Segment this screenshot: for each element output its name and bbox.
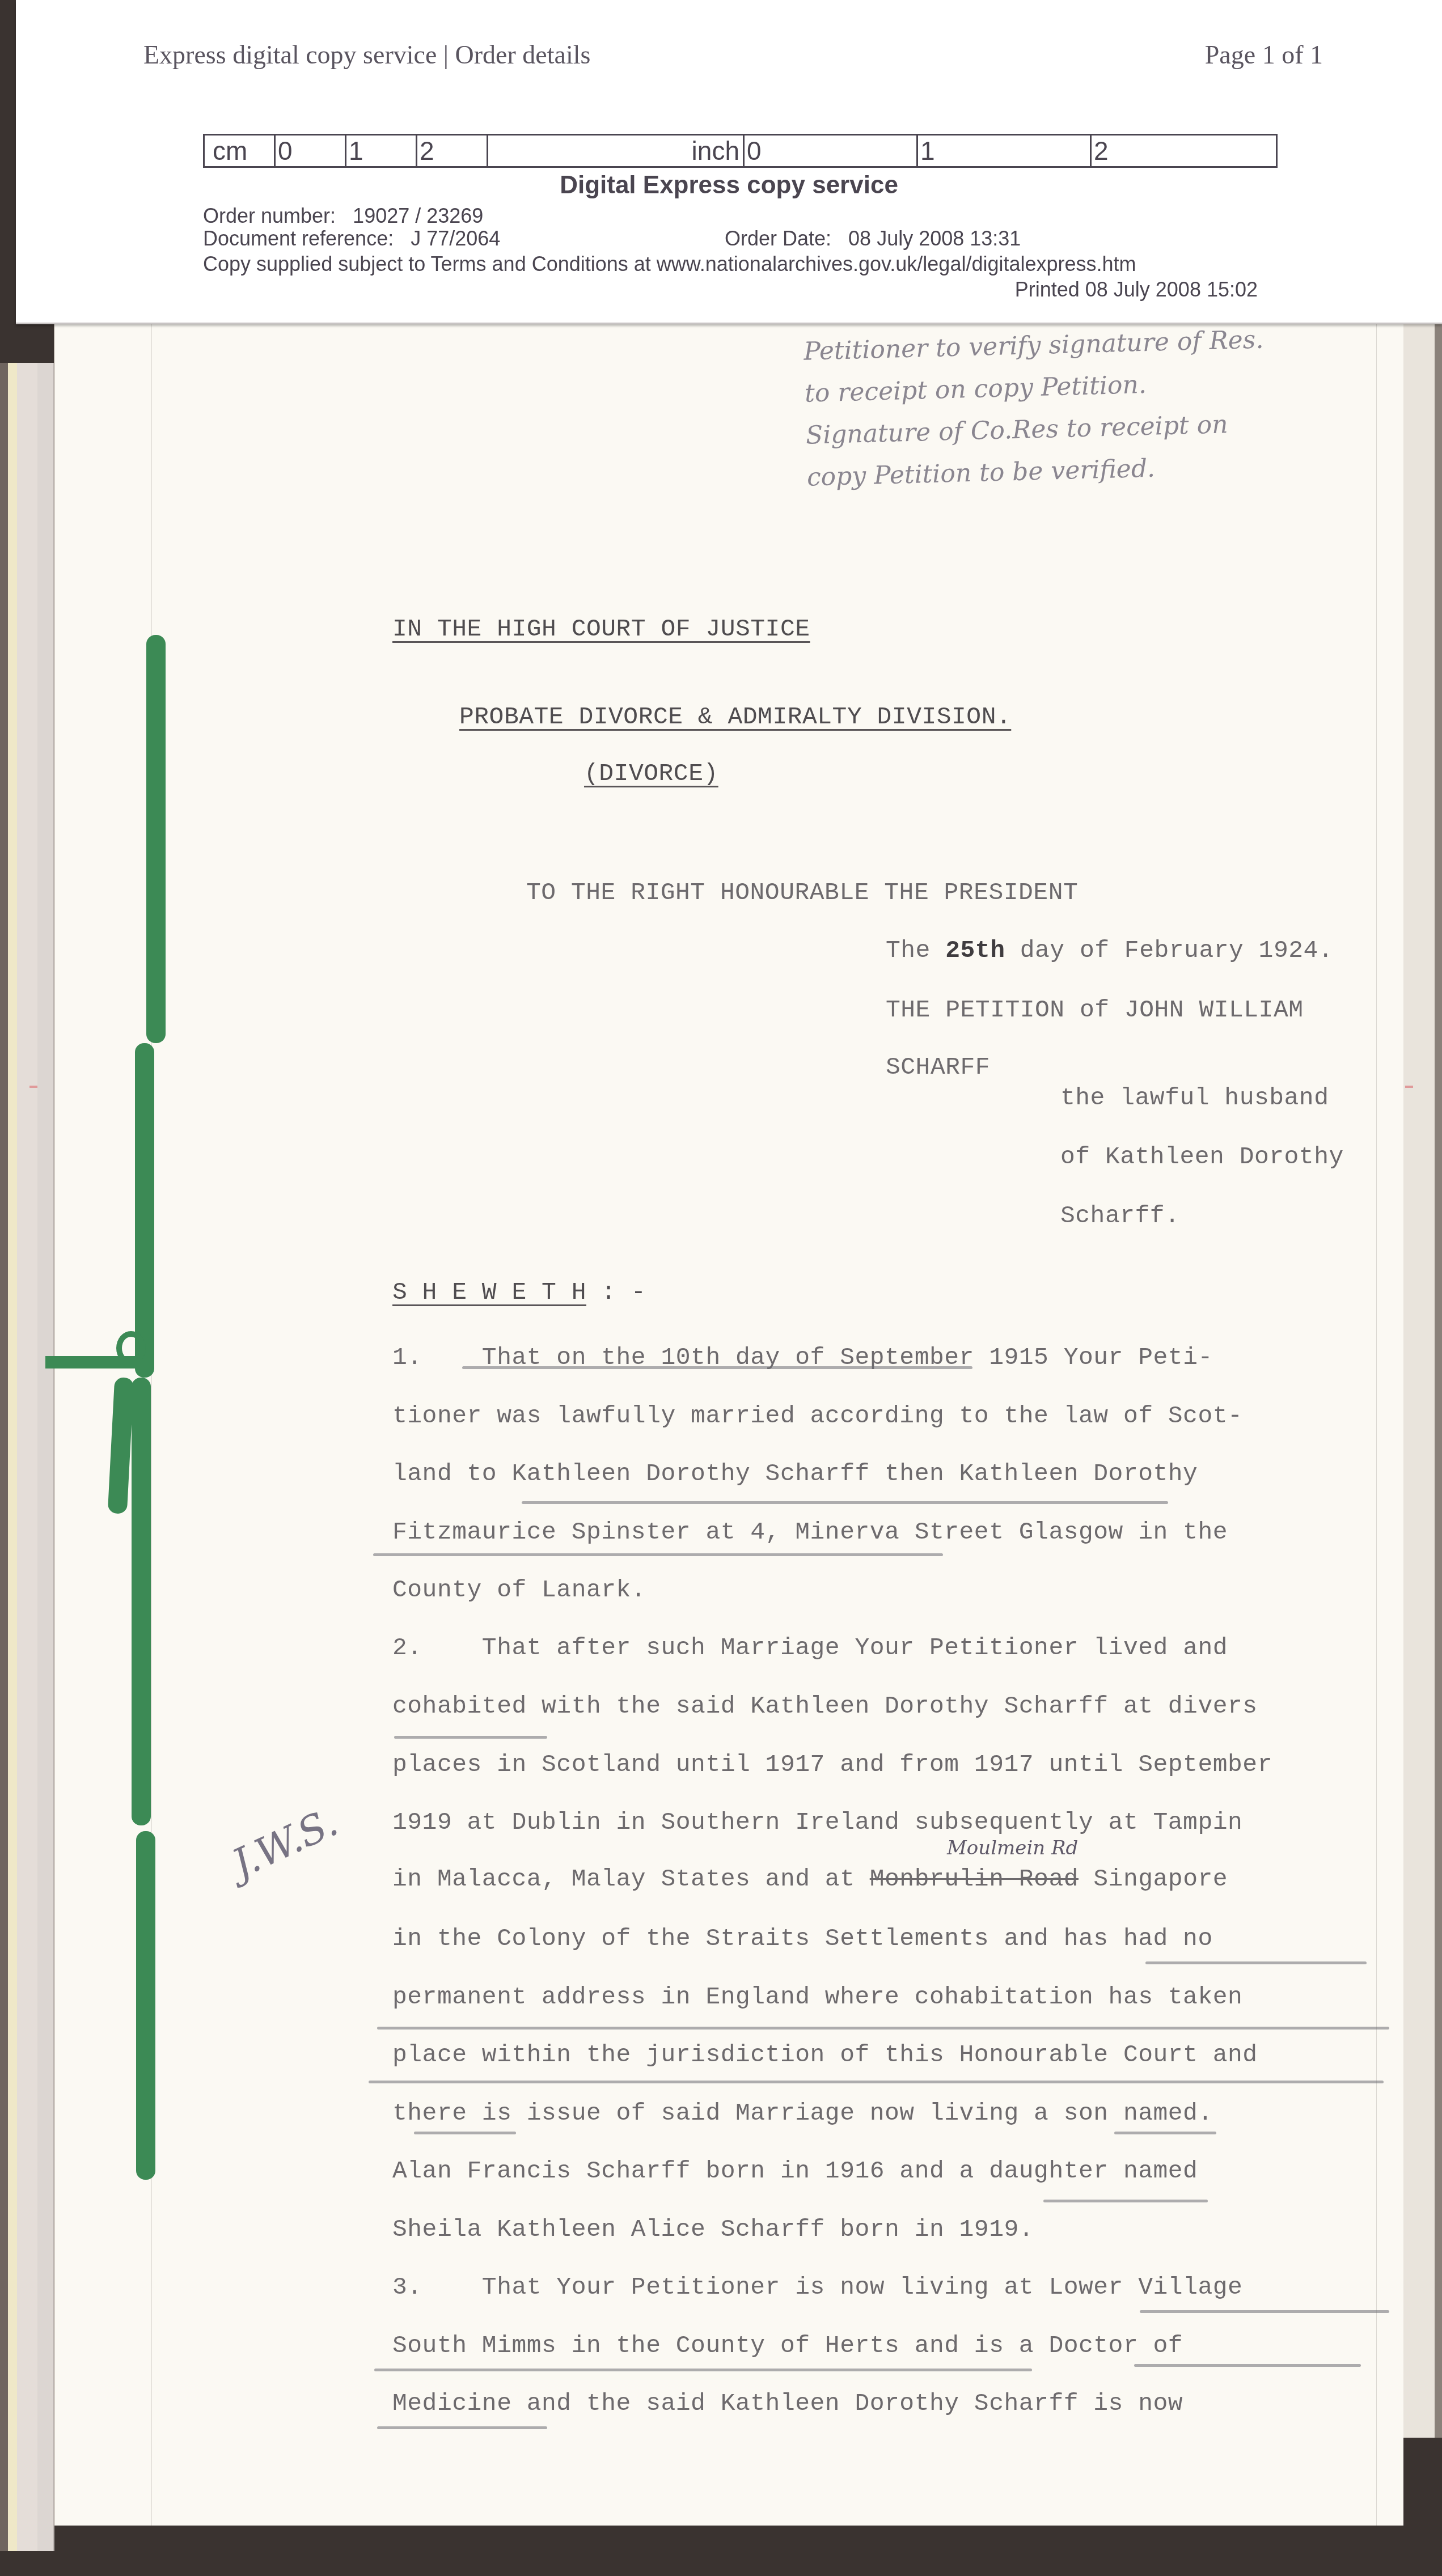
document-reference-label: Document reference:	[203, 227, 394, 250]
pencil-underline	[377, 2027, 1389, 2030]
scale-cm-tick: 2	[417, 135, 488, 166]
addressee-line: TO THE RIGHT HONOURABLE THE PRESIDENT	[526, 879, 1078, 906]
green-tape-upper	[146, 635, 166, 1043]
petition-date: The 25th day of February 1924.	[886, 937, 1333, 964]
paragraph-2-line: there is issue of said Marriage now livi…	[392, 2099, 1213, 2127]
order-date-label: Order Date:	[725, 227, 831, 250]
paragraph-2-line: place within the jurisdiction of this Ho…	[392, 2041, 1258, 2069]
margin-tick-mark	[29, 1086, 37, 1088]
handwritten-insertion: Moulmein Rd	[947, 1837, 1078, 1859]
printed-timestamp: Printed 08 July 2008 15:02	[1015, 278, 1258, 302]
document-reference-row: Document reference: J 77/2064	[203, 227, 500, 251]
pencil-underline	[369, 2081, 1384, 2083]
pencil-underline	[377, 2426, 547, 2429]
order-date-row: Order Date: 08 July 2008 13:31	[725, 227, 1021, 251]
division-heading: PROBATE DIVORCE & ADMIRALTY DIVISION.	[459, 703, 1011, 731]
margin-tick-mark	[1405, 1086, 1413, 1088]
fold-line	[1376, 320, 1377, 2526]
role-line: Scharff.	[1060, 1202, 1179, 1230]
green-tape-lower	[132, 1378, 151, 1825]
pencil-underline	[522, 1501, 1168, 1504]
pencil-underline	[1043, 2200, 1208, 2202]
paragraph-2-line: 1919 at Dublin in Southern Ireland subse…	[392, 1808, 1242, 1836]
paragraph-2-line: places in Scotland until 1917 and from 1…	[392, 1751, 1272, 1778]
order-number-row: Order number: 19027 / 23269	[203, 204, 483, 228]
stacked-pages-edge	[1401, 317, 1442, 2438]
order-number-value: 19027 / 23269	[353, 204, 483, 227]
paragraph-3-line: 3. That Your Petitioner is now living at…	[392, 2273, 1242, 2301]
sheweth-heading: S H E W E T H : -	[392, 1278, 646, 1306]
pencil-underline	[1140, 2310, 1389, 2313]
petitioner-surname: SCHARFF	[886, 1053, 990, 1081]
scale-inch-tick: 0	[745, 135, 918, 166]
paragraph-2-line: Sheila Kathleen Alice Scharff born in 19…	[392, 2215, 1034, 2243]
pencil-underline	[462, 1366, 972, 1369]
subdivision-heading: (DIVORCE)	[584, 760, 718, 787]
order-number-label: Order number:	[203, 204, 336, 227]
order-date-value: 08 July 2008 13:31	[848, 227, 1021, 250]
slip-title: Express digital copy service | Order det…	[143, 40, 590, 70]
green-tape-tie	[45, 1356, 142, 1368]
court-heading: IN THE HIGH COURT OF JUSTICE	[392, 615, 810, 643]
paragraph-2-line: cohabited with the said Kathleen Dorothy…	[392, 1692, 1258, 1720]
pencil-underline	[394, 1736, 547, 1739]
pencil-underline	[1145, 1961, 1367, 1964]
paragraph-1-line: tioner was lawfully married according to…	[392, 1402, 1242, 1430]
page-indicator: Page 1 of 1	[1205, 40, 1323, 70]
scale-inch-tick: 2	[1092, 135, 1276, 166]
order-details-slip: Express digital copy service | Order det…	[16, 0, 1442, 324]
pencil-underline	[1114, 2132, 1216, 2134]
paragraph-3-line: Medicine and the said Kathleen Dorothy S…	[392, 2389, 1183, 2417]
scale-inch-label: inch	[488, 135, 745, 166]
petition-of-line: THE PETITION of JOHN WILLIAM	[886, 996, 1304, 1024]
pencil-underline	[374, 2369, 1032, 2371]
paragraph-2-line: in the Colony of the Straits Settlements…	[392, 1925, 1213, 1952]
paragraph-2-line: 2. That after such Marriage Your Petitio…	[392, 1634, 1228, 1662]
paragraph-1-line: Fitzmaurice Spinster at 4, Minerva Stree…	[392, 1518, 1228, 1546]
paragraph-3-line: South Mimms in the County of Herts and i…	[392, 2332, 1183, 2359]
scale-cm-tick: 1	[346, 135, 417, 166]
struck-out-text: Monbrulin Road	[870, 1865, 1079, 1893]
paragraph-number: 2.	[392, 1634, 422, 1662]
pencil-underline	[373, 1553, 943, 1556]
scale-cm-label: cm	[205, 135, 276, 166]
slip-heading: Digital Express copy service	[16, 171, 1442, 200]
paragraph-2-line: Alan Francis Scharff born in 1916 and a …	[392, 2157, 1198, 2185]
scale-inch-tick: 1	[918, 135, 1092, 166]
pencil-underline	[1134, 2364, 1361, 2367]
paragraph-1-line: land to Kathleen Dorothy Scharff then Ka…	[392, 1460, 1198, 1488]
terms-conditions-text: Copy supplied subject to Terms and Condi…	[203, 252, 1136, 276]
paragraph-1-line: County of Lanark.	[392, 1576, 646, 1604]
role-line: the lawful husband	[1060, 1084, 1329, 1112]
petition-day: 25th	[945, 937, 1005, 964]
green-tape-bottom	[136, 1831, 155, 2180]
document-reference-value: J 77/2064	[411, 227, 500, 250]
folder-spine	[37, 363, 54, 2551]
handwritten-note: Petitioner to verify signature of Res. t…	[803, 315, 1402, 498]
paragraph-2-line: in Malacca, Malay States and at Monbruli…	[392, 1865, 1228, 1893]
measurement-scale-bar: cm 0 1 2 inch 0 1 2	[203, 134, 1278, 168]
paragraph-number: 3.	[392, 2273, 422, 2301]
paragraph-number: 1.	[392, 1344, 422, 1371]
scale-cm-tick: 0	[276, 135, 346, 166]
paragraph-2-line: permanent address in England where cohab…	[392, 1983, 1242, 2011]
pencil-underline	[414, 2132, 516, 2134]
role-line: of Kathleen Dorothy	[1060, 1143, 1344, 1171]
green-tape-middle	[135, 1043, 154, 1378]
